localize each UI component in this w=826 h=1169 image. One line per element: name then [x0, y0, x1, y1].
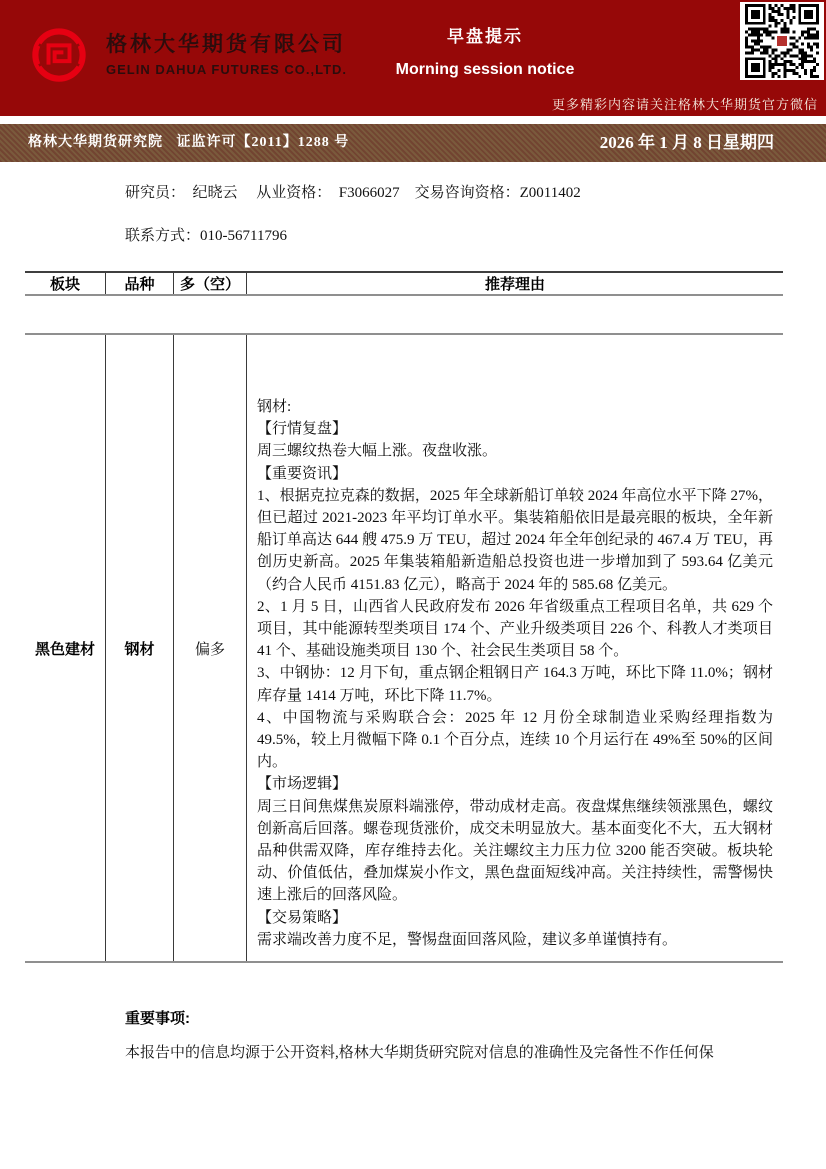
recommendation-table-header: 板块 品种 多（空） 推荐理由 — [25, 271, 783, 296]
researcher-credentials: 研究员： 纪晓云 从业资格： F3066027 交易咨询资格：Z0011402 — [125, 181, 581, 202]
company-name-cn: 格林大华期货有限公司 — [106, 28, 347, 58]
report-title-en: Morning session notice — [340, 61, 630, 79]
researcher-contact: 联系方式：010-56711796 — [125, 224, 287, 245]
company-logo-icon — [31, 27, 87, 83]
report-date: 2026 年 1 月 8 日星期四 — [600, 124, 774, 162]
qr-code-icon — [742, 4, 822, 78]
cell-position: 偏多 — [174, 335, 247, 961]
header-sector: 板块 — [25, 273, 106, 294]
cell-sector: 黑色建材 — [25, 335, 106, 961]
header-variety: 品种 — [106, 273, 174, 294]
report-title-block: 早盘提示 Morning session notice — [340, 22, 630, 79]
report-page: 格林大华期货有限公司 GELIN DAHUA FUTURES CO.,LTD. … — [0, 0, 826, 1169]
institute-info-bar: 格林大华期货研究院 证监许可【2011】1288 号 2026 年 1 月 8 … — [0, 124, 826, 162]
wechat-qr-code — [740, 2, 824, 80]
table-row: 黑色建材 钢材 偏多 钢材: 【行情复盘】 周三螺纹热卷大幅上涨。夜盘收涨。 【… — [25, 333, 783, 963]
wechat-follow-note: 更多精彩内容请关注格林大华期货官方微信 — [552, 94, 818, 113]
header-reason: 推荐理由 — [247, 273, 783, 294]
disclaimer-text: 本报告中的信息均源于公开资料,格林大华期货研究院对信息的准确性及完备性不作任何保 — [125, 1041, 765, 1062]
report-title-cn: 早盘提示 — [340, 22, 630, 47]
report-masthead: 格林大华期货有限公司 GELIN DAHUA FUTURES CO.,LTD. … — [0, 0, 826, 116]
company-name-block: 格林大华期货有限公司 GELIN DAHUA FUTURES CO.,LTD. — [106, 28, 347, 77]
company-name-en: GELIN DAHUA FUTURES CO.,LTD. — [106, 62, 347, 77]
header-long-short: 多（空） — [174, 273, 247, 294]
institute-license-text: 格林大华期货研究院 证监许可【2011】1288 号 — [28, 124, 349, 162]
cell-reason: 钢材: 【行情复盘】 周三螺纹热卷大幅上涨。夜盘收涨。 【重要资讯】 1、根据克… — [247, 335, 783, 961]
cell-variety: 钢材 — [106, 335, 174, 961]
important-notice-title: 重要事项: — [125, 1007, 190, 1028]
